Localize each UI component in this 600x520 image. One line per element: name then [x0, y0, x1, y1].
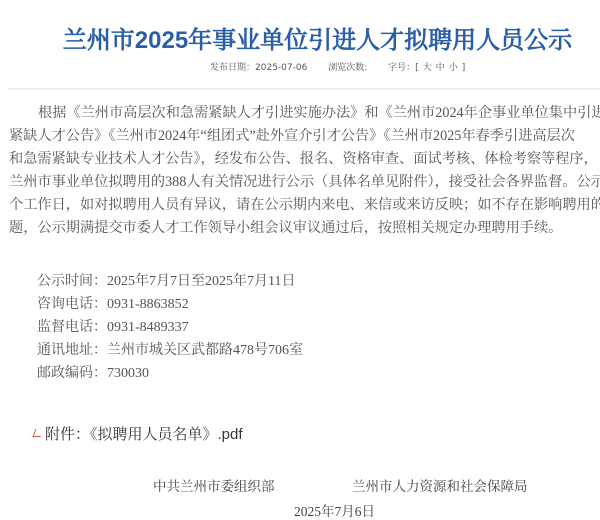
info-value: 0931-8489337 — [107, 320, 189, 335]
publish-date-label: 发布日期： — [210, 63, 255, 73]
info-row-period: 公示时间：2025年7月7日至2025年7月11日 — [37, 270, 303, 293]
info-label: 监督电话： — [37, 320, 107, 335]
attachment: 附件：《拟聘用人员名单》.pdf — [33, 423, 243, 444]
info-label: 公示时间： — [37, 274, 107, 289]
info-label: 邮政编码： — [37, 366, 107, 381]
font-size-medium-button[interactable]: 中 — [436, 63, 445, 73]
paragraph-line: 和急需紧缺专业技术人才公告》，经发布公告、报名、资格审查、面试考核、体检考察等程… — [9, 148, 600, 171]
info-row-consult-phone: 咨询电话：0931-8863852 — [37, 293, 303, 316]
view-count-label: 浏览次数: — [328, 63, 367, 73]
paragraph-line: 紧缺人才公告》《兰州市2024年“组团式”赴外宣介引才公告》《兰州市2025年春… — [9, 125, 600, 148]
view-count: 浏览次数: — [328, 63, 370, 73]
paragraph-line: 根据《兰州市高层次和急需紧缺人才引进实施办法》和《兰州市2024年企事业单位集中… — [9, 102, 600, 125]
info-label: 咨询电话： — [37, 297, 107, 312]
info-value: 0931-8863852 — [107, 297, 189, 312]
info-value: 兰州市城关区武都路478号706室 — [107, 343, 303, 358]
attachment-label: 附件： — [45, 426, 90, 443]
info-value: 2025年7月7日至2025年7月11日 — [107, 274, 295, 289]
article-page: 兰州市2025年事业单位引进人才拟聘用人员公示 发布日期：2025-07-06 … — [0, 0, 600, 520]
paragraph-line: 个工作日，如对拟聘用人员有异议，请在公示期内来电、来信或来访反映；如不存在影响聘… — [9, 194, 600, 217]
font-size-switcher: 字号：[大中小] — [388, 63, 465, 73]
info-row-postcode: 邮政编码：730030 — [37, 362, 303, 385]
article-meta: 发布日期：2025-07-06 浏览次数: 字号：[大中小] — [210, 60, 483, 73]
font-size-small-button[interactable]: 小 — [449, 63, 458, 73]
info-row-address: 通讯地址：兰州市城关区武都路478号706室 — [37, 339, 303, 362]
info-label: 通讯地址： — [37, 343, 107, 358]
article-body-paragraph: 根据《兰州市高层次和急需紧缺人才引进实施办法》和《兰州市2024年企事业单位集中… — [9, 102, 600, 240]
bracket-open: [ — [415, 63, 419, 73]
attachment-link[interactable]: 《拟聘用人员名单》.pdf — [90, 426, 243, 443]
font-size-large-button[interactable]: 大 — [423, 63, 432, 73]
title-divider — [8, 88, 600, 90]
signature-org-1: 中共兰州市委组织部 — [153, 475, 275, 495]
signature-date: 2025年7月6日 — [294, 500, 375, 520]
info-row-supervise-phone: 监督电话：0931-8489337 — [37, 316, 303, 339]
info-value: 730030 — [107, 366, 149, 381]
font-size-label: 字号： — [388, 63, 415, 73]
contact-info: 公示时间：2025年7月7日至2025年7月11日 咨询电话：0931-8863… — [37, 270, 303, 385]
signature-org-2: 兰州市人力资源和社会保障局 — [352, 475, 528, 495]
publish-date: 发布日期：2025-07-06 — [210, 63, 310, 73]
page-title: 兰州市2025年事业单位引进人才拟聘用人员公示 — [0, 24, 600, 58]
paragraph-line: 题，公示期满提交市委人才工作领导小组会议审议通过后，按照相关规定办理聘用手续。 — [9, 217, 600, 240]
paragraph-line: 兰州市事业单位拟聘用的388人有关情况进行公示（具体名单见附件），接受社会各界监… — [9, 171, 600, 194]
bracket-close: ] — [462, 63, 466, 73]
pdf-icon — [33, 428, 43, 438]
publish-date-value: 2025-07-06 — [255, 63, 307, 73]
